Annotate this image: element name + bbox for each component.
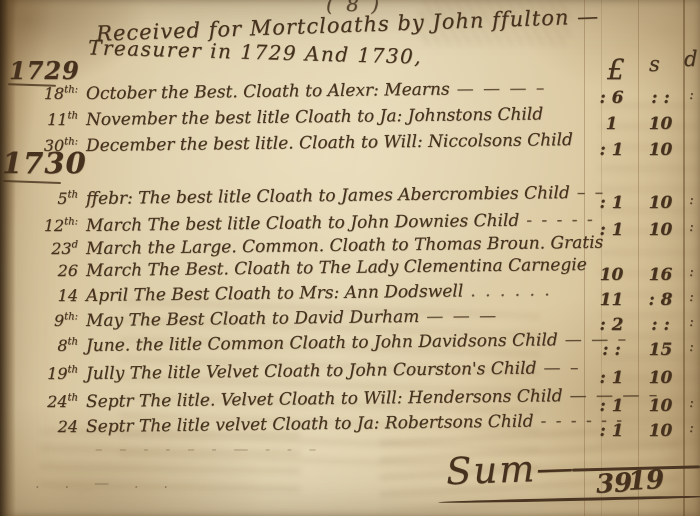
entry-pounds: : 1 (588, 193, 635, 213)
entry-pence: : (683, 88, 700, 103)
faded-marks: . . — . . (35, 474, 178, 492)
entry-pounds: 1 (588, 114, 635, 134)
entry-day: 26 (26, 261, 78, 280)
entry-text: ffebr: The best litle Cloath to James Ab… (86, 183, 605, 209)
entry-pounds: 10 (588, 265, 635, 285)
entry-pounds: : : (588, 340, 635, 360)
entry-day: 18th: (26, 84, 78, 103)
pounds-column-header: £ (607, 53, 625, 86)
sum-pounds: 39 (595, 468, 629, 500)
entry-pence: : (683, 265, 700, 280)
ledger-entry: 30th: December the best litle. Cloath to… (0, 136, 700, 162)
entry-day: 11th (26, 110, 78, 129)
entry-shillings: 10 (640, 396, 681, 416)
entry-pence: : (683, 315, 700, 330)
entry-shillings: 16 (640, 265, 681, 285)
entry-shillings: : : (640, 315, 681, 335)
entry-shillings: : 8 (640, 290, 681, 310)
entry-day: 23d (26, 239, 78, 258)
entry-shillings: 10 (640, 220, 681, 240)
entry-shillings: 15 (640, 340, 681, 360)
sum-pence: : (658, 468, 663, 484)
entry-shillings: : : (640, 88, 681, 108)
sum-shillings: 19 (627, 465, 661, 497)
entry-pounds: : 1 (588, 140, 635, 160)
shillings-column-header: s (649, 52, 660, 76)
entry-day: 19th (26, 364, 78, 383)
manuscript-page: ( 8 ) Received for Mortcloaths by John f… (0, 0, 700, 516)
entry-pence: : (683, 396, 700, 411)
sum-rule-bottom (438, 495, 700, 504)
entry-pence: : (683, 290, 700, 305)
entry-pence: : (683, 340, 700, 355)
entry-pence: : (683, 421, 700, 436)
entry-day: 5th (26, 189, 78, 208)
entry-day: 24th (26, 392, 78, 411)
entry-text: November the best litle Cloath to Ja: Jo… (86, 104, 550, 130)
entry-shillings: 10 (640, 421, 681, 441)
ledger-entry: 5th ffebr: The best litle Cloath to Jame… (0, 189, 700, 215)
entry-pounds: : 1 (588, 421, 635, 441)
entry-text: April The Best Cloath to Mrs: Ann Dodswe… (86, 280, 552, 306)
pence-column-header: d (684, 47, 697, 71)
ledger-title-line2: Treasurer in 1729 And 1730, (88, 35, 423, 68)
entry-text: October the Best. Cloath to Alexr: Mearn… (86, 78, 547, 104)
entry-text: May The Best Cloath to David Durham— — — (86, 306, 498, 331)
margin-year-1729: 1729 (9, 56, 80, 85)
ledger-entry: 8th June. the litle Common Cloath to Joh… (0, 336, 700, 362)
entry-day: 24 (26, 417, 78, 436)
entry-pence: : (683, 193, 700, 208)
entry-day: 9th: (26, 311, 78, 330)
entry-shillings: 10 (640, 193, 681, 213)
entry-pence: : (683, 220, 700, 235)
entry-day: 30th: (26, 136, 78, 155)
sum-label: Sum— (445, 446, 576, 493)
entry-pounds: : 6 (588, 88, 635, 108)
entry-shillings: 10 (640, 140, 681, 160)
entry-shillings: 10 (640, 114, 681, 134)
entry-day: 14 (26, 286, 78, 305)
entry-pounds: 11 (588, 290, 635, 310)
entry-day: 8th (26, 336, 78, 355)
entry-day: 12th: (26, 216, 78, 235)
